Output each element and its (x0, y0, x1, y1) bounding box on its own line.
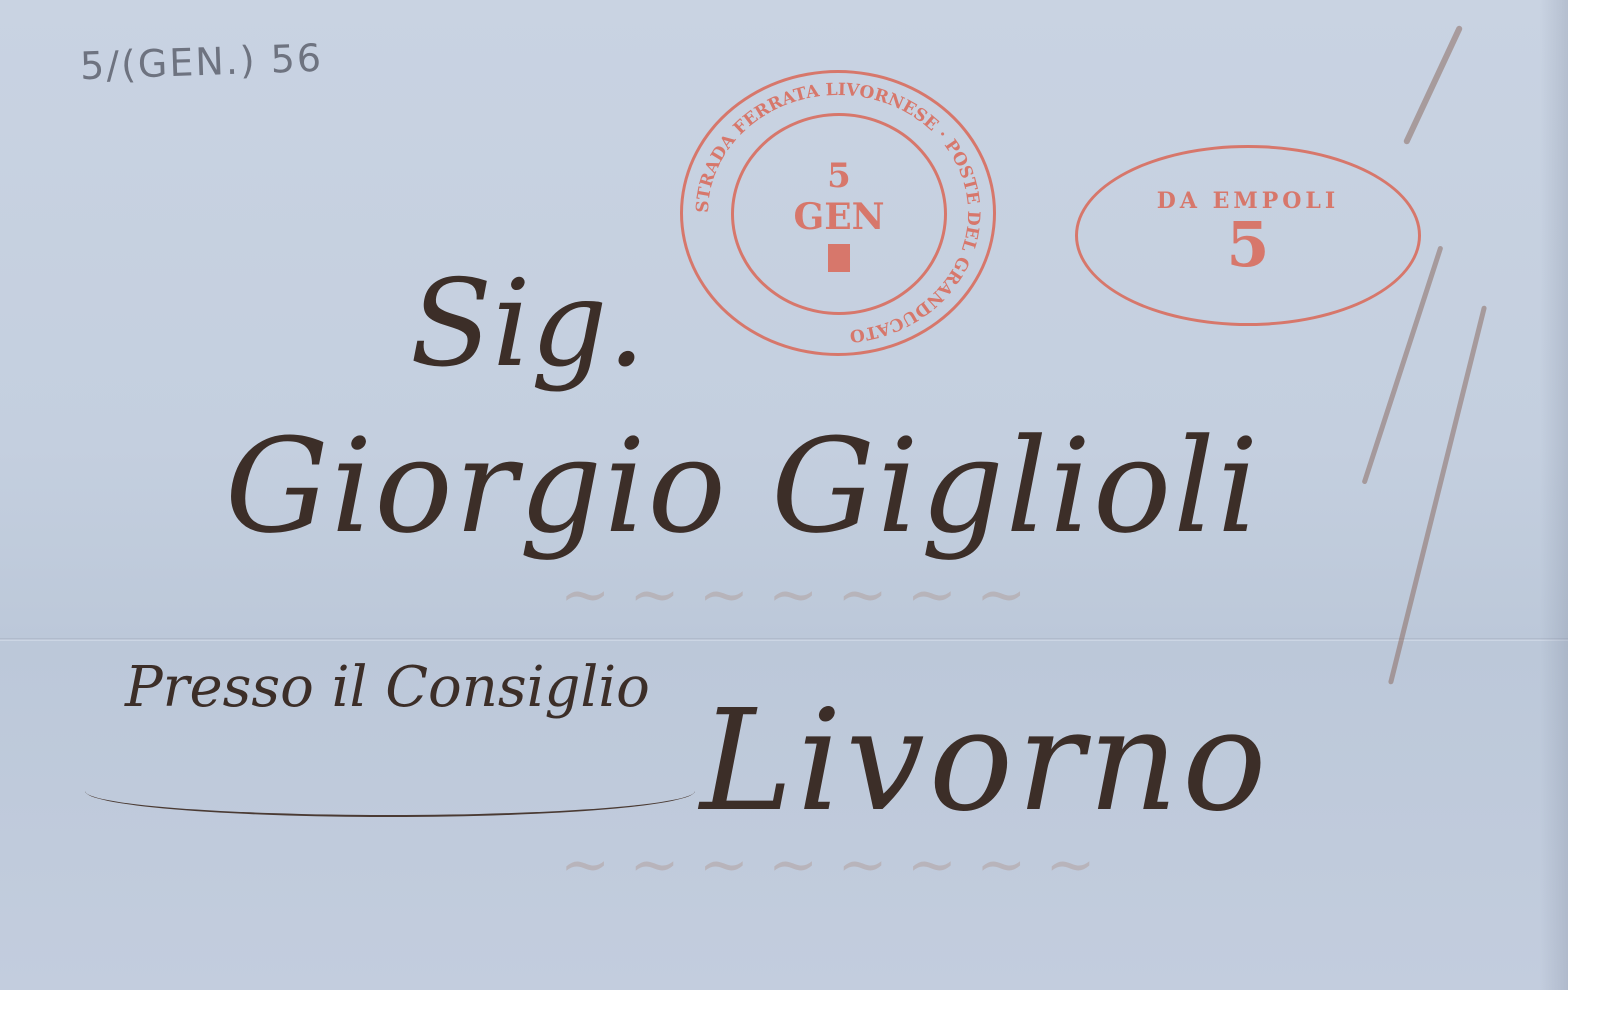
destination-city: Livorno (700, 680, 1271, 843)
care-of-line: Presso il Consiglio (125, 655, 650, 720)
postmark-year-block (828, 244, 850, 272)
oval-rate-handstamp: DA EMPOLI 5 (1075, 145, 1421, 326)
flourish-underline (85, 765, 695, 817)
postmark-day: 5 (827, 156, 851, 196)
postmark-month: GEN (793, 196, 884, 238)
circular-postmark: STRADA FERRATA LIVORNESE · POSTE DEL GRA… (680, 70, 996, 356)
manuscript-stroke (1403, 25, 1463, 145)
fold-crease (0, 638, 1568, 641)
pencil-annotation: 5/(GEN.) 56 (79, 36, 323, 88)
handstamp-rate: 5 (1226, 214, 1269, 276)
letter-sheet: ~ ~ ~ ~ ~ ~ ~ ~ ~ ~ ~ ~ ~ ~ ~ 5/(GEN.) 5… (0, 0, 1568, 990)
ink-bleed-through: ~ ~ ~ ~ ~ ~ ~ (560, 560, 1026, 630)
sheet-edge-shadow (1540, 0, 1568, 990)
salutation: Sig. (410, 255, 646, 394)
recipient-name: Giorgio Giglioli (225, 410, 1260, 562)
postmark-date: 5 GEN (731, 113, 947, 315)
